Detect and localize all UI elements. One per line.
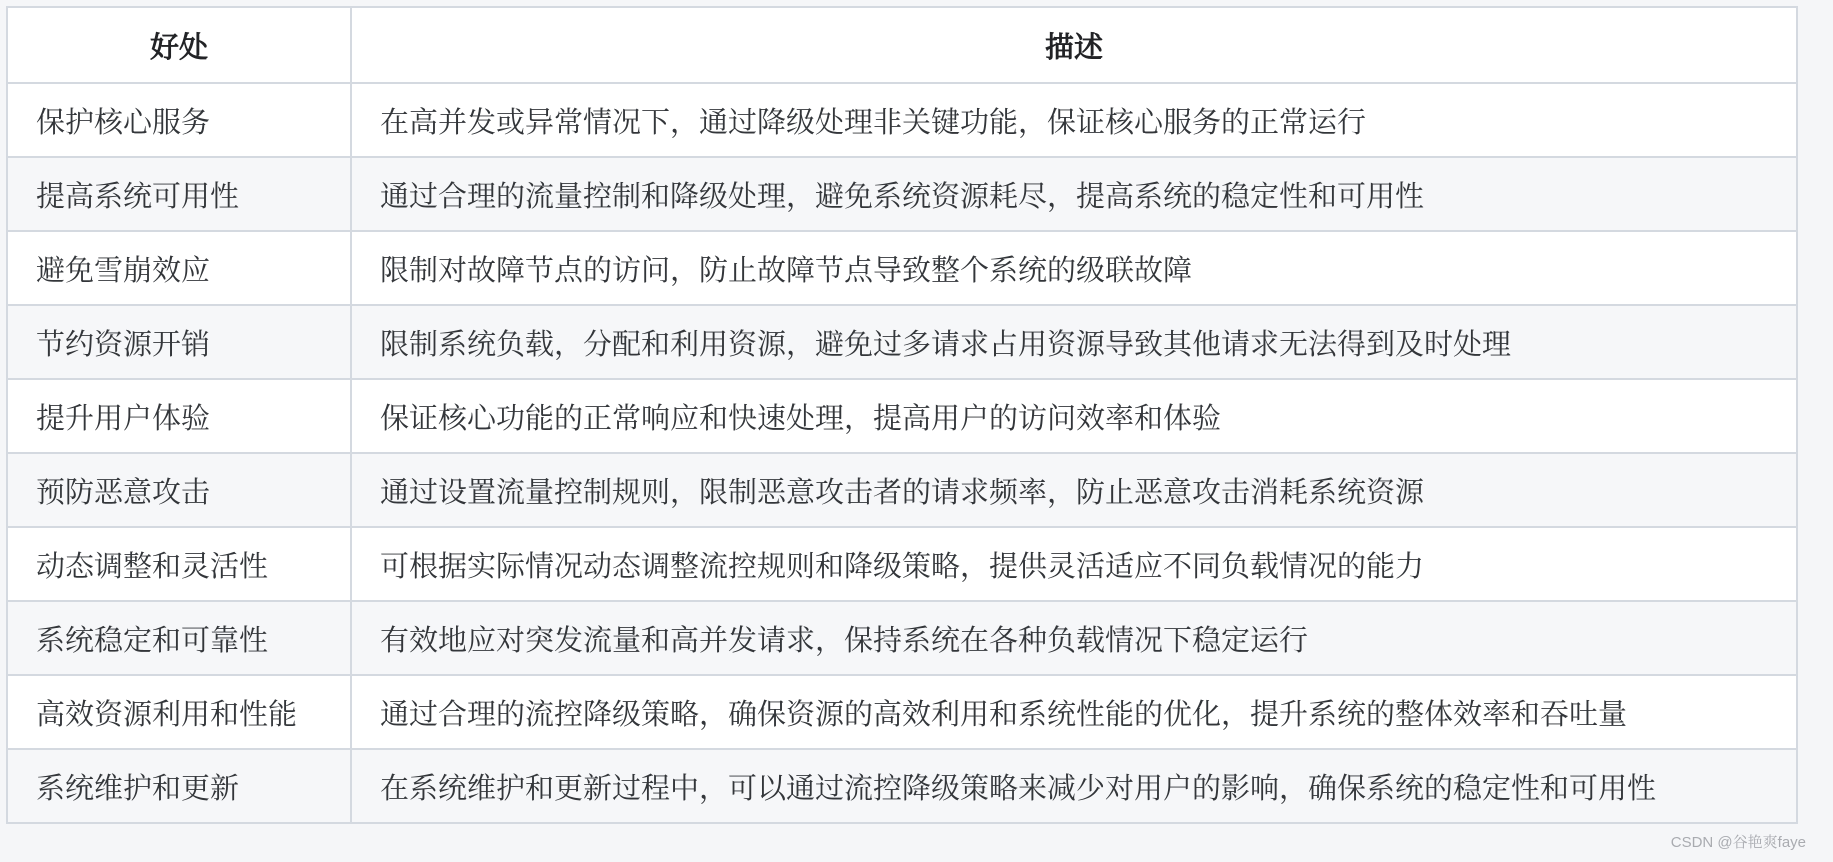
csdn-watermark: CSDN @谷艳爽faye [1671,831,1806,852]
description-cell: 保证核心功能的正常响应和快速处理，提高用户的访问效率和体验 [351,379,1797,453]
table-row: 保护核心服务 在高并发或异常情况下，通过降级处理非关键功能，保证核心服务的正常运… [7,83,1797,157]
description-cell: 在系统维护和更新过程中，可以通过流控降级策略来减少对用户的影响，确保系统的稳定性… [351,749,1797,823]
table-header-row: 好处 描述 [7,7,1797,83]
table-row: 系统稳定和可靠性 有效地应对突发流量和高并发请求，保持系统在各种负载情况下稳定运… [7,601,1797,675]
benefit-cell: 动态调整和灵活性 [7,527,351,601]
description-cell: 限制对故障节点的访问，防止故障节点导致整个系统的级联故障 [351,231,1797,305]
table-row: 预防恶意攻击 通过设置流量控制规则，限制恶意攻击者的请求频率，防止恶意攻击消耗系… [7,453,1797,527]
benefit-cell: 系统维护和更新 [7,749,351,823]
benefit-cell: 节约资源开销 [7,305,351,379]
benefit-cell: 保护核心服务 [7,83,351,157]
description-cell: 限制系统负载，分配和利用资源，避免过多请求占用资源导致其他请求无法得到及时处理 [351,305,1797,379]
table-row: 高效资源利用和性能 通过合理的流控降级策略，确保资源的高效利用和系统性能的优化，… [7,675,1797,749]
table-row: 提高系统可用性 通过合理的流量控制和降级处理，避免系统资源耗尽，提高系统的稳定性… [7,157,1797,231]
benefit-cell: 高效资源利用和性能 [7,675,351,749]
table-row: 提升用户体验 保证核心功能的正常响应和快速处理，提高用户的访问效率和体验 [7,379,1797,453]
description-cell: 可根据实际情况动态调整流控规则和降级策略，提供灵活适应不同负载情况的能力 [351,527,1797,601]
column-header-benefit: 好处 [7,7,351,83]
description-cell: 在高并发或异常情况下，通过降级处理非关键功能，保证核心服务的正常运行 [351,83,1797,157]
benefits-table: 好处 描述 保护核心服务 在高并发或异常情况下，通过降级处理非关键功能，保证核心… [6,6,1798,824]
table-row: 动态调整和灵活性 可根据实际情况动态调整流控规则和降级策略，提供灵活适应不同负载… [7,527,1797,601]
benefit-cell: 预防恶意攻击 [7,453,351,527]
column-header-description: 描述 [351,7,1797,83]
benefit-cell: 系统稳定和可靠性 [7,601,351,675]
table-row: 避免雪崩效应 限制对故障节点的访问，防止故障节点导致整个系统的级联故障 [7,231,1797,305]
benefit-cell: 提升用户体验 [7,379,351,453]
description-cell: 通过设置流量控制规则，限制恶意攻击者的请求频率，防止恶意攻击消耗系统资源 [351,453,1797,527]
description-cell: 通过合理的流量控制和降级处理，避免系统资源耗尽，提高系统的稳定性和可用性 [351,157,1797,231]
description-cell: 有效地应对突发流量和高并发请求，保持系统在各种负载情况下稳定运行 [351,601,1797,675]
table-row: 系统维护和更新 在系统维护和更新过程中，可以通过流控降级策略来减少对用户的影响，… [7,749,1797,823]
benefits-table-container: 好处 描述 保护核心服务 在高并发或异常情况下，通过降级处理非关键功能，保证核心… [6,6,1798,824]
description-cell: 通过合理的流控降级策略，确保资源的高效利用和系统性能的优化，提升系统的整体效率和… [351,675,1797,749]
table-row: 节约资源开销 限制系统负载，分配和利用资源，避免过多请求占用资源导致其他请求无法… [7,305,1797,379]
benefit-cell: 避免雪崩效应 [7,231,351,305]
benefit-cell: 提高系统可用性 [7,157,351,231]
